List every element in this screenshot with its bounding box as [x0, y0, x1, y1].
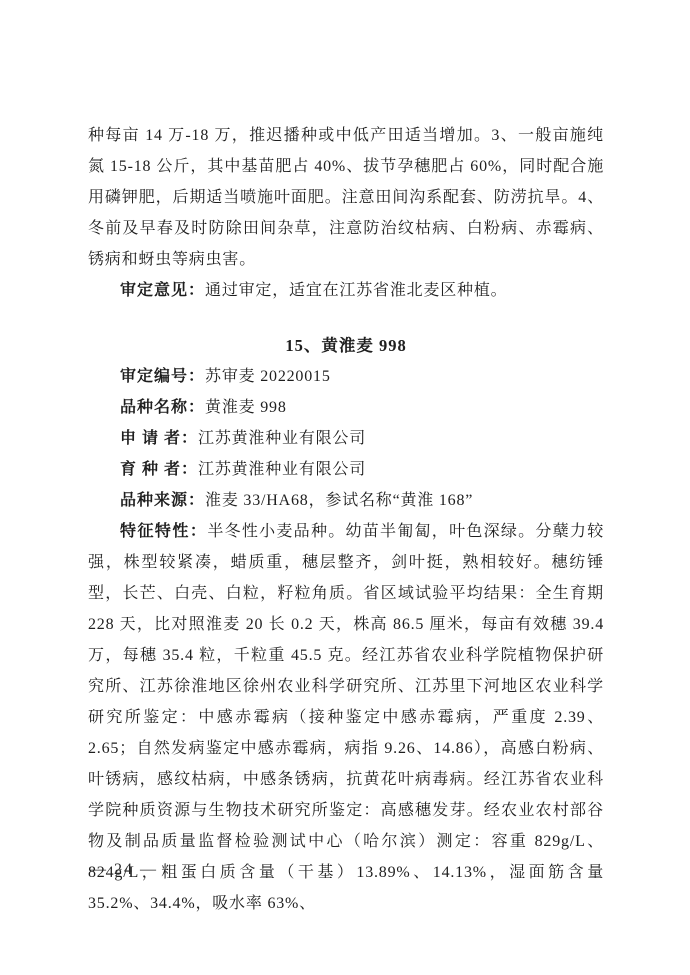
field-variety-source-value: 淮麦 33/HA68，参试名称“黄淮 168”: [205, 492, 473, 509]
field-variety-name-label: 品种名称：: [120, 399, 205, 416]
field-approval-number: 审定编号：苏审麦 20220015: [88, 361, 604, 392]
field-breeder-value: 江苏黄淮种业有限公司: [198, 461, 366, 478]
field-variety-source: 品种来源：淮麦 33/HA68，参试名称“黄淮 168”: [88, 485, 604, 516]
field-approval-number-label: 审定编号：: [120, 368, 205, 385]
field-variety-name-value: 黄淮麦 998: [205, 399, 287, 416]
cultivation-continuation-paragraph: 种每亩 14 万-18 万，推迟播种或中低产田适当增加。3、一般亩施纯氮 15-…: [88, 120, 604, 275]
variety-section-heading: 15、黄淮麦 998: [88, 330, 604, 361]
document-page-body: 种每亩 14 万-18 万，推迟播种或中低产田适当增加。3、一般亩施纯氮 15-…: [88, 120, 604, 919]
field-approval-number-value: 苏审麦 20220015: [205, 368, 331, 385]
approval-opinion-label: 审定意见：: [120, 282, 205, 299]
characteristics-text: 半冬性小麦品种。幼苗半匍匐，叶色深绿。分蘖力较强，株型较紧凑，蜡质重，穗层整齐，…: [88, 523, 604, 912]
field-variety-source-label: 品种来源：: [120, 492, 205, 509]
characteristics-label: 特征特性：: [120, 523, 207, 540]
approval-opinion-text: 通过审定，适宜在江苏省淮北麦区种植。: [205, 282, 507, 299]
field-applicant-value: 江苏黄淮种业有限公司: [198, 430, 366, 447]
field-breeder-label: 育 种 者：: [120, 461, 198, 478]
characteristics-paragraph: 特征特性：半冬性小麦品种。幼苗半匍匐，叶色深绿。分蘖力较强，株型较紧凑，蜡质重，…: [88, 516, 604, 919]
field-applicant: 申 请 者：江苏黄淮种业有限公司: [88, 423, 604, 454]
field-applicant-label: 申 请 者：: [120, 430, 198, 447]
field-breeder: 育 种 者：江苏黄淮种业有限公司: [88, 454, 604, 485]
field-variety-name: 品种名称：黄淮麦 998: [88, 392, 604, 423]
approval-opinion-paragraph: 审定意见：通过审定，适宜在江苏省淮北麦区种植。: [88, 275, 604, 306]
page-number: — 24 —: [90, 861, 158, 879]
